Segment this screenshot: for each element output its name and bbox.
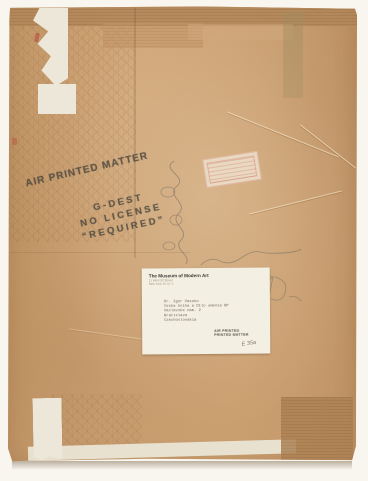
wrinkle-line (227, 112, 339, 158)
photo-archival-parcel-back: AIR PRINTED MATTER G-DEST NO LICENSE “RE… (0, 0, 368, 481)
parcel-drop-shadow (12, 461, 352, 470)
paper-patch-left (38, 84, 76, 114)
faded-red-stamp-lines (207, 155, 258, 183)
moma-shipping-label: The Museum of Modern Art 11 West 53 Stre… (142, 268, 271, 355)
wrinkle-line (249, 191, 341, 215)
sender-address-line-2: New York 19, N. Y. (149, 283, 174, 287)
kraft-patch-bottom-right (281, 397, 353, 460)
tape-strip-top-right (188, 24, 293, 40)
faded-red-customs-stamp (202, 151, 262, 188)
tape-strip-vertical-right (283, 12, 303, 98)
kraft-parcel-wrapper: AIR PRINTED MATTER G-DEST NO LICENSE “RE… (8, 6, 357, 462)
pencil-note: E 35a (241, 340, 256, 347)
red-paper-speck (12, 138, 17, 145)
typed-recipient-address: Dr. Igor Vaszko Ceska kniha a Dilo umeni… (164, 299, 229, 323)
wrinkle-line (300, 125, 356, 169)
small-stamp-line-2: PRINTED MATTER (214, 333, 248, 337)
recipient-line: Czechoslovakia (164, 318, 229, 323)
air-printed-matter-small-stamp: AIR PRINTED PRINTED MATTER (214, 329, 248, 337)
sender-name: The Museum of Modern Art (149, 273, 209, 279)
sender-address: 11 West 53 Street New York 19, N. Y. (149, 279, 174, 286)
